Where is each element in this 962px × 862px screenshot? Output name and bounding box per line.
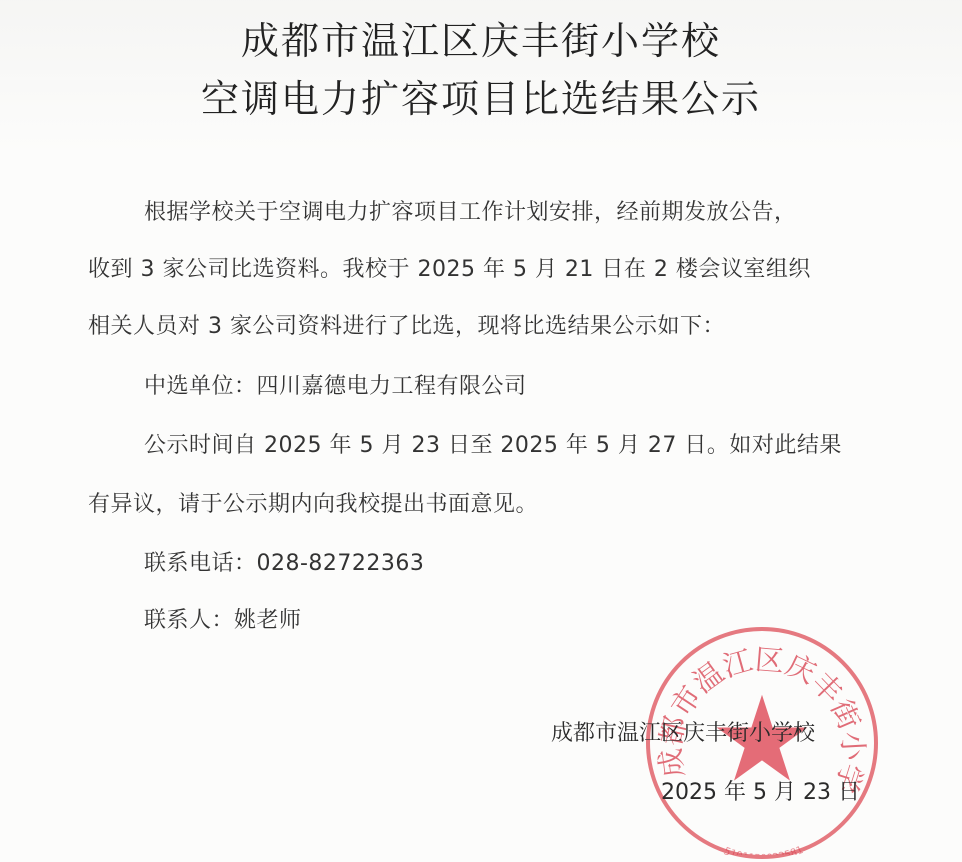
document-page: 成都市温江区庆丰街小学校 空调电力扩容项目比选结果公示 根据学校关于空调电力扩容… xyxy=(0,0,962,862)
selected-vendor: 中选单位：四川嘉德电力工程有限公司 xyxy=(144,369,527,400)
contact-phone: 联系电话：028-82722363 xyxy=(144,546,424,577)
seal-code: 5101150022581 xyxy=(722,843,805,855)
signature-organization: 成都市温江区庆丰街小学校 xyxy=(551,716,815,747)
publicity-period: 公示时间自 2025 年 5 月 23 日至 2025 年 5 月 27 日。如… xyxy=(144,428,842,459)
objection-notice: 有异议，请于公示期内向我校提出书面意见。 xyxy=(88,487,538,518)
body-paragraph-2: 收到 3 家公司比选资料。我校于 2025 年 5 月 21 日在 2 楼会议室… xyxy=(88,252,811,283)
body-paragraph-1: 根据学校关于空调电力扩容项目工作计划安排，经前期发放公告， xyxy=(144,195,797,226)
document-title-line-1: 成都市温江区庆丰街小学校 xyxy=(0,10,962,65)
signature-date: 2025 年 5 月 23 日 xyxy=(661,775,860,806)
contact-person: 联系人：姚老师 xyxy=(144,603,302,634)
document-title-line-2: 空调电力扩容项目比选结果公示 xyxy=(0,68,962,123)
body-paragraph-3: 相关人员对 3 家公司资料进行了比选，现将比选结果公示如下： xyxy=(88,309,725,340)
